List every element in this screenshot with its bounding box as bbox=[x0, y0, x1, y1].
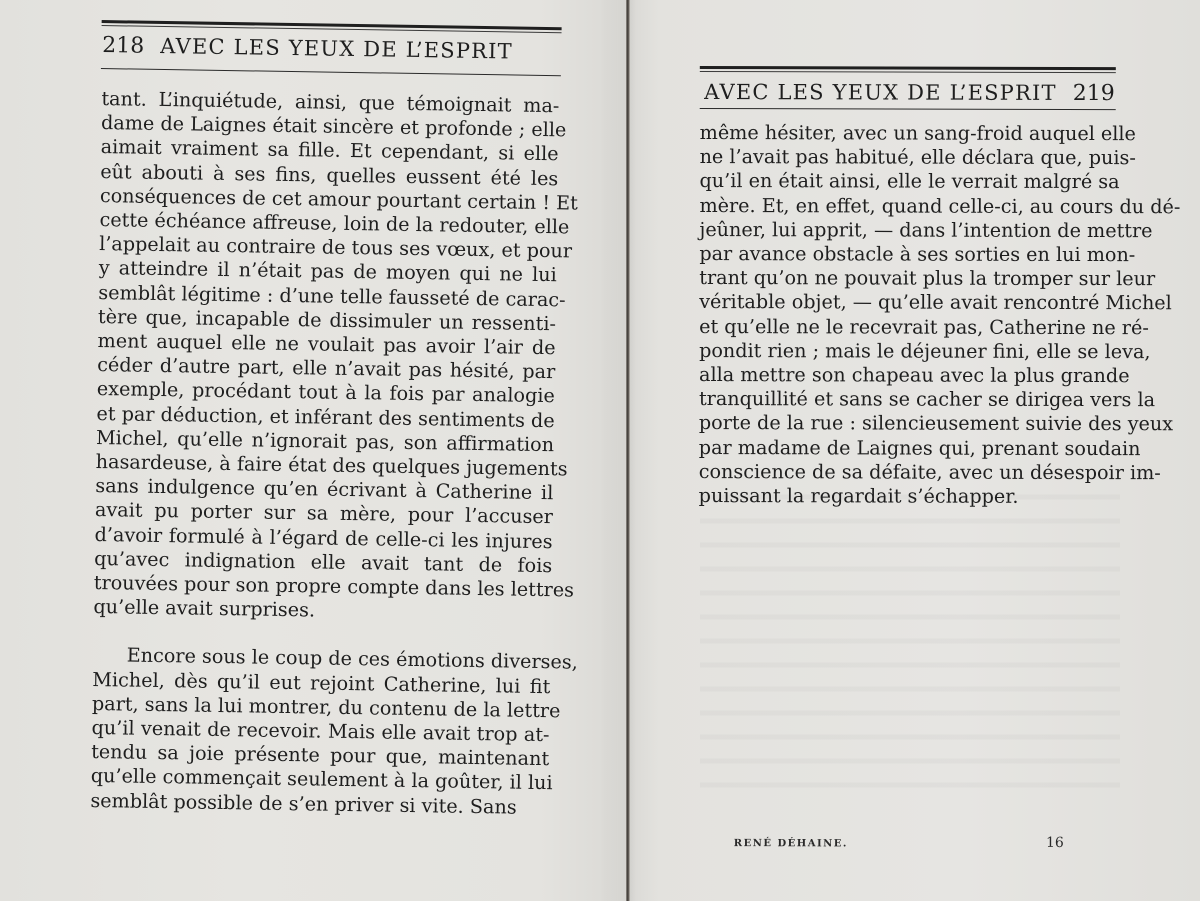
page-number: 219 bbox=[1073, 81, 1115, 106]
text-line: porte de la rue : silencieusement suivie… bbox=[699, 411, 1115, 436]
text-line: et qu’elle ne le recevrait pas, Catherin… bbox=[699, 315, 1115, 340]
text-line: pondit rien ; mais le déjeuner fini, ell… bbox=[699, 339, 1115, 364]
body-text: tant. L’inquiétude, ainsi, que témoignai… bbox=[90, 87, 559, 820]
text-line: mère. Et, en effet, quand celle-ci, au c… bbox=[699, 194, 1115, 219]
right-page: AVEC LES YEUX DE L’ESPRIT 219 même hésit… bbox=[697, 0, 1117, 1]
gutter-shadow bbox=[600, 0, 660, 901]
page-number: 218 bbox=[102, 33, 144, 59]
open-book-spread: 218 AVEC LES YEUX DE L’ESPRIT tant. L’in… bbox=[0, 0, 1200, 901]
running-head-title: AVEC LES YEUX DE L’ESPRIT bbox=[704, 80, 1057, 105]
text-line: par madame de Laignes qui, prenant souda… bbox=[699, 436, 1115, 461]
text-line: trant qu’on ne pouvait plus la tromper s… bbox=[699, 266, 1115, 291]
header-rule bbox=[101, 68, 561, 76]
printer-signature: RENÉ DÉHAINE. bbox=[734, 838, 848, 849]
text-line: tranquillité et sans se cacher se dirige… bbox=[699, 387, 1115, 412]
running-header: 218 AVEC LES YEUX DE L’ESPRIT bbox=[102, 33, 513, 64]
header-rule bbox=[700, 108, 1116, 110]
text-line: ne l’avait pas habitué, elle déclara que… bbox=[700, 145, 1116, 170]
header-double-rule bbox=[102, 20, 562, 30]
book-gutter bbox=[626, 0, 630, 901]
signature-number: 16 bbox=[1046, 835, 1064, 851]
show-through-text bbox=[700, 480, 1120, 800]
paragraph: tant. L’inquiétude, ainsi, que témoignai… bbox=[93, 87, 559, 627]
paragraph: même hésiter, avec un sang-froid auquel … bbox=[699, 121, 1116, 509]
page-footer: RENÉ DÉHAINE. 16 bbox=[734, 834, 1064, 851]
text-line: par avance obstacle à ses sorties en lui… bbox=[699, 242, 1115, 267]
text-line: alla mettre son chapeau avec la plus gra… bbox=[699, 363, 1115, 388]
paragraph: Encore sous le coup de ces émotions dive… bbox=[90, 643, 551, 820]
text-line: conscience de sa défaite, avec un désesp… bbox=[699, 460, 1115, 485]
text-line: jeûner, lui apprit, — dans l’intention d… bbox=[699, 218, 1115, 243]
text-line: puissant la regardait s’échapper. bbox=[699, 484, 1115, 509]
body-text: même hésiter, avec un sang-froid auquel … bbox=[699, 121, 1116, 509]
running-header: AVEC LES YEUX DE L’ESPRIT 219 bbox=[704, 80, 1115, 106]
text-line: même hésiter, avec un sang-froid auquel … bbox=[700, 121, 1116, 146]
running-head-title: AVEC LES YEUX DE L’ESPRIT bbox=[160, 34, 513, 64]
text-line: véritable objet, — qu’elle avait rencont… bbox=[699, 290, 1115, 315]
text-line: qu’il en était ainsi, elle le verrait ma… bbox=[699, 169, 1115, 194]
left-page: 218 AVEC LES YEUX DE L’ESPRIT tant. L’in… bbox=[100, 0, 570, 7]
header-double-rule bbox=[700, 66, 1116, 70]
